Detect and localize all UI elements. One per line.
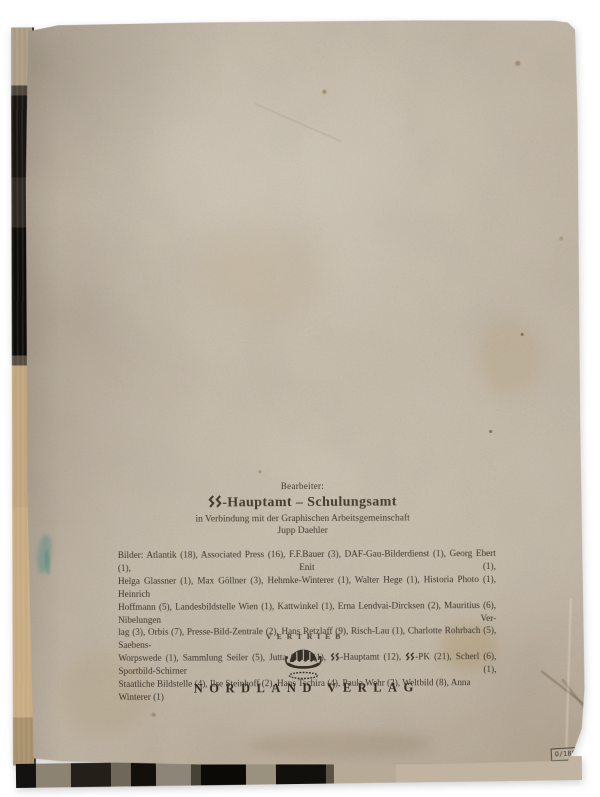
credits-line: Bilder: Atlantik (18), Associated Press … xyxy=(118,547,496,575)
bearbeiter-label: Bearbeiter: xyxy=(32,480,572,493)
editor-block: Bearbeiter: -Hauptamt – Schulungsamt in … xyxy=(32,480,572,538)
book: Bearbeiter: -Hauptamt – Schulungsamt in … xyxy=(0,0,600,797)
credits-line: Helga Glassner (1), Max Göllner (3), Heh… xyxy=(118,573,496,601)
editing-office-text: -Hauptamt – Schulungsamt xyxy=(222,494,397,510)
photo-scene: Bearbeiter: -Hauptamt – Schulungsamt in … xyxy=(0,0,600,797)
ss-runes-icon xyxy=(208,495,222,507)
publisher-name: NORDLAND VERLAG xyxy=(33,680,573,698)
cooperation-line: in Verbindung mit der Graphischen Arbeit… xyxy=(33,513,573,526)
viking-ship-icon xyxy=(282,645,324,681)
back-cover-paper: Bearbeiter: -Hauptamt – Schulungsamt in … xyxy=(0,0,600,797)
editing-office-line: -Hauptamt – Schulungsamt xyxy=(33,494,573,513)
credits-line: Hoffmann (5), Landesbildstelle Wien (1),… xyxy=(118,599,496,627)
